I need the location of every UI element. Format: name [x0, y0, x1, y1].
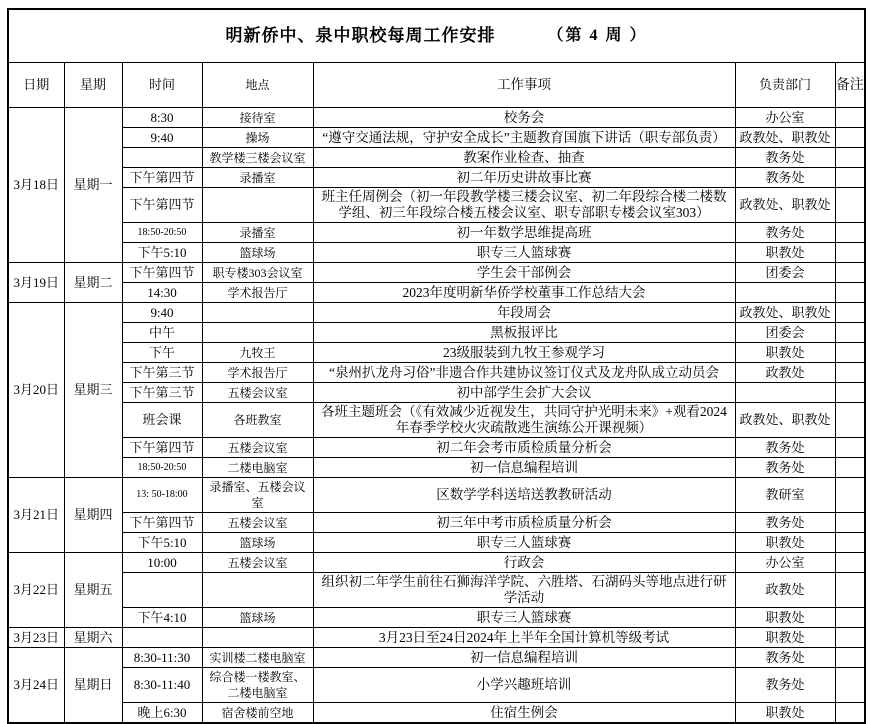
- remark-cell: [835, 223, 865, 243]
- schedule-row: 下午5:10篮球场职专三人篮球赛职教处: [8, 243, 865, 263]
- remark-cell: [835, 648, 865, 668]
- dept-cell: 职教处: [735, 243, 835, 263]
- week-cell: 星期五: [64, 553, 122, 628]
- task-cell: 初中部学生会扩大会议: [313, 383, 735, 403]
- remark-cell: [835, 363, 865, 383]
- date-cell: 3月19日: [8, 263, 64, 303]
- dept-cell: 办公室: [735, 108, 835, 128]
- task-cell: 小学兴趣班培训: [313, 668, 735, 703]
- remark-cell: [835, 628, 865, 648]
- task-cell: 各班主题班会（《有效减少近视发生，共同守护光明未来》+观看2024年春季学校火灾…: [313, 403, 735, 438]
- time-cell: 下午第四节: [122, 188, 202, 223]
- dept-cell: [735, 383, 835, 403]
- time-cell: 下午第三节: [122, 363, 202, 383]
- task-cell: 教案作业检查、抽查: [313, 148, 735, 168]
- time-cell: 下午: [122, 343, 202, 363]
- task-cell: “泉州扒龙舟习俗”非遗合作共建协议签订仪式及龙舟队成立动员会: [313, 363, 735, 383]
- time-cell: 18:50-20:50: [122, 458, 202, 478]
- remark-cell: [835, 403, 865, 438]
- schedule-row: 下午第四节班主任周例会（初一年段教学楼三楼会议室、初二年段综合楼二楼数学组、初三…: [8, 188, 865, 223]
- place-cell: 五楼会议室: [202, 513, 313, 533]
- dept-cell: 职教处: [735, 608, 835, 628]
- schedule-row: 晚上6:30宿舍楼前空地住宿生例会职教处: [8, 703, 865, 724]
- col-header-remark: 备注: [835, 63, 865, 108]
- schedule-row: 9:40操场“遵守交通法规，守护安全成长”主题教育国旗下讲话（职专部负责）政教处…: [8, 128, 865, 148]
- schedule-row: 下午第四节五楼会议室初三年中考市质检质量分析会教务处: [8, 513, 865, 533]
- schedule-row: 3月20日星期三9:40年段周会政教处、职教处: [8, 303, 865, 323]
- schedule-row: 中午黑板报评比团委会: [8, 323, 865, 343]
- place-cell: 实训楼二楼电脑室: [202, 648, 313, 668]
- time-cell: [122, 148, 202, 168]
- place-cell: 学术报告厅: [202, 363, 313, 383]
- remark-cell: [835, 283, 865, 303]
- dept-cell: 教务处: [735, 148, 835, 168]
- week-cell: 星期六: [64, 628, 122, 648]
- dept-cell: 教研室: [735, 478, 835, 513]
- dept-cell: 职教处: [735, 533, 835, 553]
- place-cell: 录播室: [202, 168, 313, 188]
- schedule-row: 下午第四节五楼会议室初二年会考市质检质量分析会教务处: [8, 438, 865, 458]
- remark-cell: [835, 343, 865, 363]
- task-cell: “遵守交通法规，守护安全成长”主题教育国旗下讲话（职专部负责）: [313, 128, 735, 148]
- place-cell: 篮球场: [202, 243, 313, 263]
- dept-cell: [735, 283, 835, 303]
- dept-cell: 政教处、职教处: [735, 303, 835, 323]
- week-cell: 星期三: [64, 303, 122, 478]
- col-header-week: 星期: [64, 63, 122, 108]
- dept-cell: 政教处、职教处: [735, 128, 835, 148]
- place-cell: 学术报告厅: [202, 283, 313, 303]
- dept-cell: 教务处: [735, 458, 835, 478]
- dept-cell: 教务处: [735, 668, 835, 703]
- task-cell: 初一信息编程培训: [313, 648, 735, 668]
- place-cell: 五楼会议室: [202, 438, 313, 458]
- time-cell: 下午第四节: [122, 168, 202, 188]
- place-cell: [202, 188, 313, 223]
- col-header-place: 地点: [202, 63, 313, 108]
- schedule-row: 教学楼三楼会议室教案作业检查、抽查教务处: [8, 148, 865, 168]
- task-cell: 职专三人篮球赛: [313, 533, 735, 553]
- dept-cell: 教务处: [735, 438, 835, 458]
- time-cell: 13: 50-18:00: [122, 478, 202, 513]
- date-cell: 3月24日: [8, 648, 64, 724]
- time-cell: 8:30: [122, 108, 202, 128]
- schedule-row: 14:30学术报告厅2023年度明新华侨学校董事工作总结大会: [8, 283, 865, 303]
- remark-cell: [835, 458, 865, 478]
- place-cell: 操场: [202, 128, 313, 148]
- week-cell: 星期日: [64, 648, 122, 724]
- col-header-time: 时间: [122, 63, 202, 108]
- task-cell: 住宿生例会: [313, 703, 735, 724]
- time-cell: 下午5:10: [122, 533, 202, 553]
- remark-cell: [835, 608, 865, 628]
- dept-cell: 政教处、职教处: [735, 188, 835, 223]
- task-cell: 行政会: [313, 553, 735, 573]
- time-cell: 晚上6:30: [122, 703, 202, 724]
- place-cell: 九牧王: [202, 343, 313, 363]
- place-cell: [202, 303, 313, 323]
- schedule-row: 3月23日星期六3月23日至24日2024年上半年全国计算机等级考试职教处: [8, 628, 865, 648]
- time-cell: 18:50-20:50: [122, 223, 202, 243]
- task-cell: 区数学学科送培送教教研活动: [313, 478, 735, 513]
- remark-cell: [835, 573, 865, 608]
- schedule-row: 3月22日星期五10:00五楼会议室行政会办公室: [8, 553, 865, 573]
- place-cell: 教学楼三楼会议室: [202, 148, 313, 168]
- task-cell: 初一信息编程培训: [313, 458, 735, 478]
- task-cell: 初二年会考市质检质量分析会: [313, 438, 735, 458]
- dept-cell: 办公室: [735, 553, 835, 573]
- place-cell: [202, 573, 313, 608]
- place-cell: 各班教室: [202, 403, 313, 438]
- task-cell: 职专三人篮球赛: [313, 243, 735, 263]
- schedule-row: 下午第三节五楼会议室初中部学生会扩大会议: [8, 383, 865, 403]
- date-cell: 3月18日: [8, 108, 64, 263]
- schedule-sheet: 明新侨中、泉中职校每周工作安排 （第 4 周 ） 日期 星期 时间 地点 工作事…: [0, 0, 871, 661]
- time-cell: 班会课: [122, 403, 202, 438]
- task-cell: 2023年度明新华侨学校董事工作总结大会: [313, 283, 735, 303]
- place-cell: 录播室、五楼会议室: [202, 478, 313, 513]
- task-cell: 组织初二年学生前往石狮海洋学院、六胜塔、石湖码头等地点进行研学活动: [313, 573, 735, 608]
- schedule-row: 下午第三节学术报告厅“泉州扒龙舟习俗”非遗合作共建协议签订仪式及龙舟队成立动员会…: [8, 363, 865, 383]
- title-row: 明新侨中、泉中职校每周工作安排 （第 4 周 ）: [8, 9, 865, 63]
- schedule-row: 组织初二年学生前往石狮海洋学院、六胜塔、石湖码头等地点进行研学活动政教处: [8, 573, 865, 608]
- time-cell: 下午第四节: [122, 513, 202, 533]
- time-cell: 14:30: [122, 283, 202, 303]
- remark-cell: [835, 303, 865, 323]
- date-cell: 3月22日: [8, 553, 64, 628]
- time-cell: 下午第四节: [122, 263, 202, 283]
- remark-cell: [835, 533, 865, 553]
- time-cell: 9:40: [122, 128, 202, 148]
- task-cell: 23级服装到九牧王参观学习: [313, 343, 735, 363]
- place-cell: 录播室: [202, 223, 313, 243]
- task-cell: 初三年中考市质检质量分析会: [313, 513, 735, 533]
- place-cell: 职专楼303会议室: [202, 263, 313, 283]
- schedule-row: 下午4:10篮球场职专三人篮球赛职教处: [8, 608, 865, 628]
- schedule-body: 3月18日星期一8:30接待室校务会办公室9:40操场“遵守交通法规，守护安全成…: [8, 108, 865, 724]
- remark-cell: [835, 263, 865, 283]
- time-cell: 下午4:10: [122, 608, 202, 628]
- week-cell: 星期二: [64, 263, 122, 303]
- dept-cell: 职教处: [735, 628, 835, 648]
- col-header-dept: 负责部门: [735, 63, 835, 108]
- place-cell: 接待室: [202, 108, 313, 128]
- dept-cell: 团委会: [735, 263, 835, 283]
- week-cell: 星期一: [64, 108, 122, 263]
- remark-cell: [835, 478, 865, 513]
- title-cell: 明新侨中、泉中职校每周工作安排 （第 4 周 ）: [8, 9, 865, 63]
- remark-cell: [835, 188, 865, 223]
- col-header-task: 工作事项: [313, 63, 735, 108]
- task-cell: 班主任周例会（初一年段教学楼三楼会议室、初二年段综合楼二楼数学组、初三年段综合楼…: [313, 188, 735, 223]
- dept-cell: 教务处: [735, 223, 835, 243]
- remark-cell: [835, 148, 865, 168]
- task-cell: 职专三人篮球赛: [313, 608, 735, 628]
- task-cell: 年段周会: [313, 303, 735, 323]
- page-title: 明新侨中、泉中职校每周工作安排: [226, 28, 496, 44]
- week-cell: 星期四: [64, 478, 122, 553]
- dept-cell: 团委会: [735, 323, 835, 343]
- task-cell: 初二年历史讲故事比赛: [313, 168, 735, 188]
- remark-cell: [835, 168, 865, 188]
- schedule-row: 18:50-20:50二楼电脑室初一信息编程培训教务处: [8, 458, 865, 478]
- dept-cell: 教务处: [735, 168, 835, 188]
- time-cell: 10:00: [122, 553, 202, 573]
- time-cell: 下午第三节: [122, 383, 202, 403]
- date-cell: 3月20日: [8, 303, 64, 478]
- time-cell: 8:30-11:40: [122, 668, 202, 703]
- remark-cell: [835, 128, 865, 148]
- dept-cell: 政教处、职教处: [735, 403, 835, 438]
- schedule-row: 下午第四节录播室初二年历史讲故事比赛教务处: [8, 168, 865, 188]
- time-cell: 中午: [122, 323, 202, 343]
- schedule-row: 3月24日星期日8:30-11:30实训楼二楼电脑室初一信息编程培训教务处: [8, 648, 865, 668]
- place-cell: 篮球场: [202, 608, 313, 628]
- schedule-row: 3月21日星期四13: 50-18:00录播室、五楼会议室区数学学科送培送教教研…: [8, 478, 865, 513]
- time-cell: 下午5:10: [122, 243, 202, 263]
- dept-cell: 职教处: [735, 343, 835, 363]
- dept-cell: 教务处: [735, 513, 835, 533]
- schedule-row: 3月18日星期一8:30接待室校务会办公室: [8, 108, 865, 128]
- task-cell: 学生会干部例会: [313, 263, 735, 283]
- week-number-label: （第 4 周 ）: [548, 28, 648, 44]
- schedule-row: 下午九牧王23级服装到九牧王参观学习职教处: [8, 343, 865, 363]
- task-cell: 3月23日至24日2024年上半年全国计算机等级考试: [313, 628, 735, 648]
- task-cell: 黑板报评比: [313, 323, 735, 343]
- place-cell: 五楼会议室: [202, 383, 313, 403]
- task-cell: 初一年数学思维提高班: [313, 223, 735, 243]
- column-header-row: 日期 星期 时间 地点 工作事项 负责部门 备注: [8, 63, 865, 108]
- place-cell: 篮球场: [202, 533, 313, 553]
- remark-cell: [835, 668, 865, 703]
- remark-cell: [835, 323, 865, 343]
- col-header-date: 日期: [8, 63, 64, 108]
- dept-cell: 教务处: [735, 648, 835, 668]
- schedule-row: 3月19日星期二下午第四节职专楼303会议室学生会干部例会团委会: [8, 263, 865, 283]
- remark-cell: [835, 553, 865, 573]
- time-cell: 下午第四节: [122, 438, 202, 458]
- dept-cell: 政教处: [735, 573, 835, 608]
- dept-cell: 职教处: [735, 703, 835, 724]
- remark-cell: [835, 513, 865, 533]
- place-cell: 二楼电脑室: [202, 458, 313, 478]
- remark-cell: [835, 703, 865, 724]
- place-cell: 综合楼一楼教室、二楼电脑室: [202, 668, 313, 703]
- task-cell: 校务会: [313, 108, 735, 128]
- date-cell: 3月23日: [8, 628, 64, 648]
- remark-cell: [835, 383, 865, 403]
- place-cell: [202, 323, 313, 343]
- schedule-row: 18:50-20:50录播室初一年数学思维提高班教务处: [8, 223, 865, 243]
- place-cell: 五楼会议室: [202, 553, 313, 573]
- dept-cell: 政教处: [735, 363, 835, 383]
- schedule-row: 班会课各班教室各班主题班会（《有效减少近视发生，共同守护光明未来》+观看2024…: [8, 403, 865, 438]
- place-cell: [202, 628, 313, 648]
- date-cell: 3月21日: [8, 478, 64, 553]
- weekly-schedule-table: 明新侨中、泉中职校每周工作安排 （第 4 周 ） 日期 星期 时间 地点 工作事…: [7, 8, 866, 724]
- place-cell: 宿舍楼前空地: [202, 703, 313, 724]
- schedule-row: 8:30-11:40综合楼一楼教室、二楼电脑室小学兴趣班培训教务处: [8, 668, 865, 703]
- time-cell: 9:40: [122, 303, 202, 323]
- time-cell: [122, 573, 202, 608]
- remark-cell: [835, 243, 865, 263]
- remark-cell: [835, 108, 865, 128]
- schedule-row: 下午5:10篮球场职专三人篮球赛职教处: [8, 533, 865, 553]
- remark-cell: [835, 438, 865, 458]
- time-cell: [122, 628, 202, 648]
- time-cell: 8:30-11:30: [122, 648, 202, 668]
